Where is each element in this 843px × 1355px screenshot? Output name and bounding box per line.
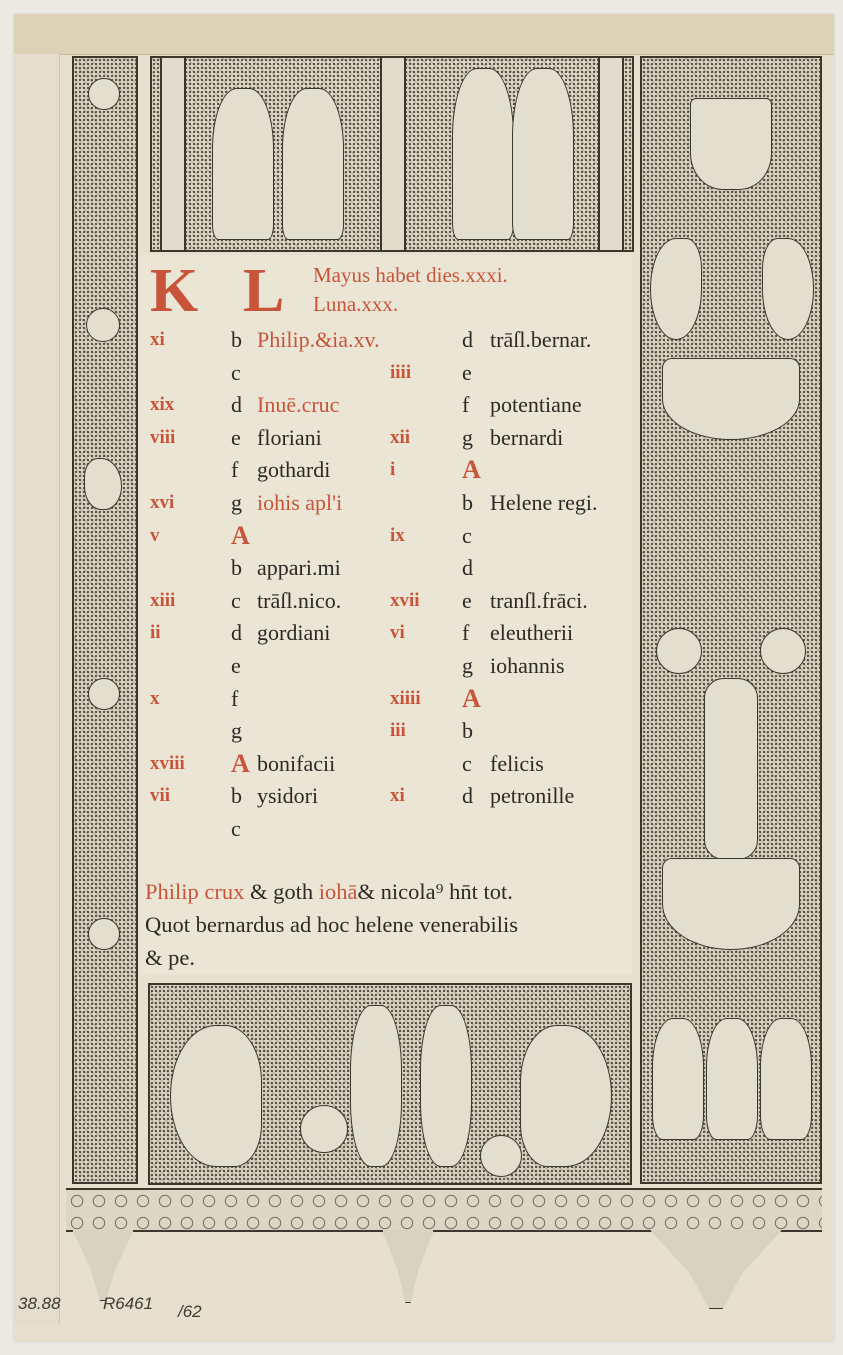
verse-line-3: & pe. xyxy=(145,944,195,971)
saint-name: gordiani xyxy=(257,621,330,645)
dominical-letter-2: f xyxy=(462,621,469,645)
dominical-letter-2: g xyxy=(462,426,473,450)
golden-number: xvi xyxy=(150,491,174,515)
dominical-letter-2: A xyxy=(462,687,481,711)
dragon-motif-icon xyxy=(650,238,702,340)
reference-number: R6461 xyxy=(103,1294,153,1314)
golden-number: v xyxy=(150,524,160,548)
dominical-letter-2: e xyxy=(462,589,472,613)
dominical-letter-2: d xyxy=(462,784,473,808)
golden-number-2: xi xyxy=(390,784,405,808)
arcade-pillar xyxy=(380,58,406,250)
cornice-frieze xyxy=(66,1188,822,1232)
arcade-pillar xyxy=(160,58,186,250)
golden-number: xiii xyxy=(150,589,175,613)
dominical-letter: d xyxy=(231,393,242,417)
golden-number: ii xyxy=(150,621,161,645)
dominical-letter: d xyxy=(231,621,242,645)
siren-motif-icon xyxy=(706,1018,758,1140)
basket-motif-icon xyxy=(690,98,772,190)
calendar-text-area xyxy=(140,255,632,975)
dominical-letter-2: A xyxy=(462,458,481,482)
rosette-motif-icon xyxy=(760,628,806,674)
golden-number-2: xvii xyxy=(390,589,420,613)
saint-name: Inuē.cruc xyxy=(257,393,339,417)
saint-name-2: petronille xyxy=(490,784,574,808)
month-heading: Mayus habet dies.xxxi. xyxy=(313,262,508,288)
golden-number: x xyxy=(150,687,160,711)
beast-motif-icon xyxy=(420,1005,472,1167)
verse-rubric: iohā xyxy=(319,879,358,904)
verse-text: & nicola⁹ hn̄t tot. xyxy=(358,879,513,904)
left-border-woodcut xyxy=(72,56,138,1184)
dominical-letter: b xyxy=(231,328,242,352)
verse-rubric: Philip crux xyxy=(145,879,244,904)
saint-name-2: iohannis xyxy=(490,654,565,678)
saint-name: ysidori xyxy=(257,784,318,808)
saint-name-2: potentiane xyxy=(490,393,582,417)
saint-name-2: eleutherii xyxy=(490,621,573,645)
bird-motif-icon xyxy=(84,458,122,510)
figure-motif-icon xyxy=(512,68,574,240)
dominical-letter: A xyxy=(231,524,250,548)
verse-line-1: Philip crux & goth iohā& nicola⁹ hn̄t to… xyxy=(145,878,513,905)
dominical-letter: c xyxy=(231,589,241,613)
saint-name-2: felicis xyxy=(490,752,544,776)
beast-motif-icon xyxy=(350,1005,402,1167)
saint-name-2: trāſl.bernar. xyxy=(490,328,591,352)
golden-number-2: ix xyxy=(390,524,405,548)
dominical-letter: c xyxy=(231,817,241,841)
rosette-motif-icon xyxy=(480,1135,522,1177)
golden-number: xix xyxy=(150,393,174,417)
dominical-letter-2: d xyxy=(462,328,473,352)
golden-number-2: iiii xyxy=(390,361,411,385)
dominical-letter: A xyxy=(231,752,250,776)
saint-name-2: bernardi xyxy=(490,426,563,450)
initial-letter-l: L xyxy=(243,260,284,322)
dominical-letter: e xyxy=(231,426,241,450)
dominical-letter: g xyxy=(231,491,242,515)
dominical-letter: b xyxy=(231,784,242,808)
dominical-letter-2: b xyxy=(462,719,473,743)
saint-name: floriani xyxy=(257,426,322,450)
bottom-beasts-woodcut xyxy=(148,983,632,1185)
siren-motif-icon xyxy=(652,1018,704,1140)
golden-number: vii xyxy=(150,784,170,808)
golden-number-2: i xyxy=(390,458,395,482)
initial-letter-k: K xyxy=(150,260,198,322)
saint-name: Philip.&ia.xv. xyxy=(257,328,380,352)
dragon-motif-icon xyxy=(762,238,814,340)
beast-motif-icon xyxy=(520,1025,612,1167)
rosette-motif-icon xyxy=(300,1105,348,1153)
golden-number-2: xiiii xyxy=(390,687,421,711)
top-scene-woodcut xyxy=(150,56,634,252)
figure-motif-icon xyxy=(282,88,344,240)
dominical-letter: f xyxy=(231,687,238,711)
saint-name: bonifacii xyxy=(257,752,335,776)
dominical-letter-2: f xyxy=(462,393,469,417)
dominical-letter: f xyxy=(231,458,238,482)
flower-motif-icon xyxy=(88,78,120,110)
siren-motif-icon xyxy=(760,1018,812,1140)
sheet-number: /62 xyxy=(178,1302,202,1322)
arcade-pillar xyxy=(598,58,624,250)
dominical-letter-2: c xyxy=(462,524,472,548)
flower-motif-icon xyxy=(86,308,120,342)
saint-name: appari.mi xyxy=(257,556,341,580)
saint-name: iohis apl'i xyxy=(257,491,342,515)
moon-heading: Luna.xxx. xyxy=(313,291,398,317)
right-border-woodcut xyxy=(640,56,822,1184)
saint-name-2: Helene regi. xyxy=(490,491,598,515)
saint-name: gothardi xyxy=(257,458,330,482)
golden-number: xviii xyxy=(150,752,185,776)
column-motif-icon xyxy=(704,678,758,860)
figure-motif-icon xyxy=(212,88,274,240)
mounting-tape-top xyxy=(14,14,834,55)
golden-number-2: iii xyxy=(390,719,406,743)
beast-motif-icon xyxy=(170,1025,262,1167)
mounting-tape-left xyxy=(14,54,60,1324)
golden-number-2: vi xyxy=(390,621,405,645)
flower-motif-icon xyxy=(88,918,120,950)
dominical-letter: g xyxy=(231,719,242,743)
dominical-letter-2: g xyxy=(462,654,473,678)
golden-number-2: xii xyxy=(390,426,410,450)
saint-name: trāſl.nico. xyxy=(257,589,341,613)
golden-number: viii xyxy=(150,426,175,450)
accession-number: 38.88 xyxy=(18,1294,61,1314)
figure-motif-icon xyxy=(452,68,514,240)
dominical-letter: e xyxy=(231,654,241,678)
urn-motif-icon xyxy=(662,358,800,440)
urn-motif-icon xyxy=(662,858,800,950)
dominical-letter-2: b xyxy=(462,491,473,515)
golden-number: xi xyxy=(150,328,165,352)
dominical-letter: b xyxy=(231,556,242,580)
verse-line-2: Quot bernardus ad hoc helene venerabilis xyxy=(145,911,518,938)
dominical-letter: c xyxy=(231,361,241,385)
flower-motif-icon xyxy=(88,678,120,710)
rosette-motif-icon xyxy=(656,628,702,674)
dominical-letter-2: c xyxy=(462,752,472,776)
dominical-letter-2: d xyxy=(462,556,473,580)
saint-name-2: tranſl.frāci. xyxy=(490,589,588,613)
dominical-letter-2: e xyxy=(462,361,472,385)
verse-text: & goth xyxy=(244,879,318,904)
